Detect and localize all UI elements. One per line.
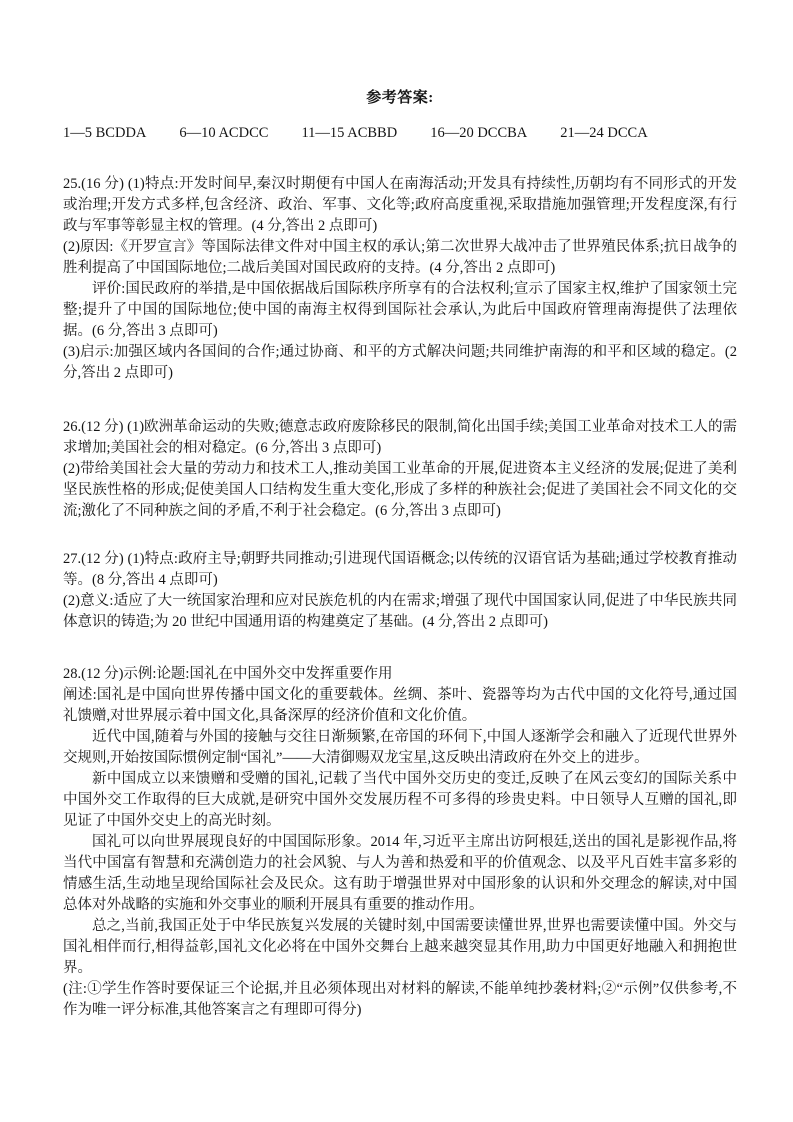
page-title: 参考答案: [63, 88, 737, 109]
choice-answer-group-21-24: 21—24 DCCA [560, 123, 647, 144]
q28-modern-china: 近代中国,随着与外国的接触与交往日渐频繁,在帝国的环伺下,中国人逐渐学会和融入了… [63, 727, 737, 769]
choice-answer-group-1-5: 1—5 BCDDA [63, 123, 146, 144]
q28-new-china: 新中国成立以来馈赠和受赠的国礼,记载了当代中国外交历史的变迁,反映了在风云变幻的… [63, 769, 737, 832]
multiple-choice-answers: 1—5 BCDDA 6—10 ACDCC 11—15 ACBBD 16—20 D… [63, 123, 737, 144]
answer-key-document: 参考答案: 1—5 BCDDA 6—10 ACDCC 11—15 ACBBD 1… [0, 0, 793, 1122]
question-26-answer: 26.(12 分) (1)欧洲革命运动的失败;德意志政府废除移民的限制,简化出国… [63, 417, 737, 522]
q25-part2-reasons: (2)原因:《开罗宣言》等国际法律文件对中国主权的承认;第二次世界大战冲击了世界… [63, 237, 737, 279]
q25-part3-insights: (3)启示:加强区域内各国间的合作;通过协商、和平的方式解决问题;共同维护南海的… [63, 342, 737, 384]
q28-topic: 28.(12 分)示例:论题:国礼在中国外交中发挥重要作用 [63, 664, 737, 685]
question-25-answer: 25.(16 分) (1)特点:开发时间早,秦汉时期便有中国人在南海活动;开发具… [63, 174, 737, 384]
q26-part1: 26.(12 分) (1)欧洲革命运动的失败;德意志政府废除移民的限制,简化出国… [63, 417, 737, 459]
choice-answer-group-6-10: 6—10 ACDCC [179, 123, 268, 144]
q28-exposition-intro: 阐述:国礼是中国向世界传播中国文化的重要载体。丝绸、茶叶、瓷器等均为古代中国的文… [63, 685, 737, 727]
q28-conclusion: 总之,当前,我国正处于中华民族复兴发展的关键时刻,中国需要读懂世界,世界也需要读… [63, 916, 737, 979]
q25-part2-evaluation: 评价:国民政府的举措,是中国依据战后国际秩序所享有的合法权利;宣示了国家主权,维… [63, 279, 737, 342]
choice-answer-group-11-15: 11—15 ACBBD [301, 123, 397, 144]
q27-part1-features: 27.(12 分) (1)特点:政府主导;朝野共同推动;引进现代国语概念;以传统… [63, 549, 737, 591]
q28-international-image: 国礼可以向世界展现良好的中国国际形象。2014 年,习近平主席出访阿根廷,送出的… [63, 832, 737, 916]
choice-answer-group-16-20: 16—20 DCCBA [430, 123, 527, 144]
question-28-answer: 28.(12 分)示例:论题:国礼在中国外交中发挥重要作用 阐述:国礼是中国向世… [63, 664, 737, 1021]
q27-part2-significance: (2)意义:适应了大一统国家治理和应对民族危机的内在需求;增强了现代中国国家认同… [63, 591, 737, 633]
q26-part2: (2)带给美国社会大量的劳动力和技术工人,推动美国工业革命的开展,促进资本主义经… [63, 459, 737, 522]
question-27-answer: 27.(12 分) (1)特点:政府主导;朝野共同推动;引进现代国语概念;以传统… [63, 549, 737, 633]
q25-part1-features: 25.(16 分) (1)特点:开发时间早,秦汉时期便有中国人在南海活动;开发具… [63, 174, 737, 237]
q28-grading-note: (注:①学生作答时要保证三个论据,并且必须体现出对材料的解读,不能单纯抄袭材料;… [63, 979, 737, 1021]
